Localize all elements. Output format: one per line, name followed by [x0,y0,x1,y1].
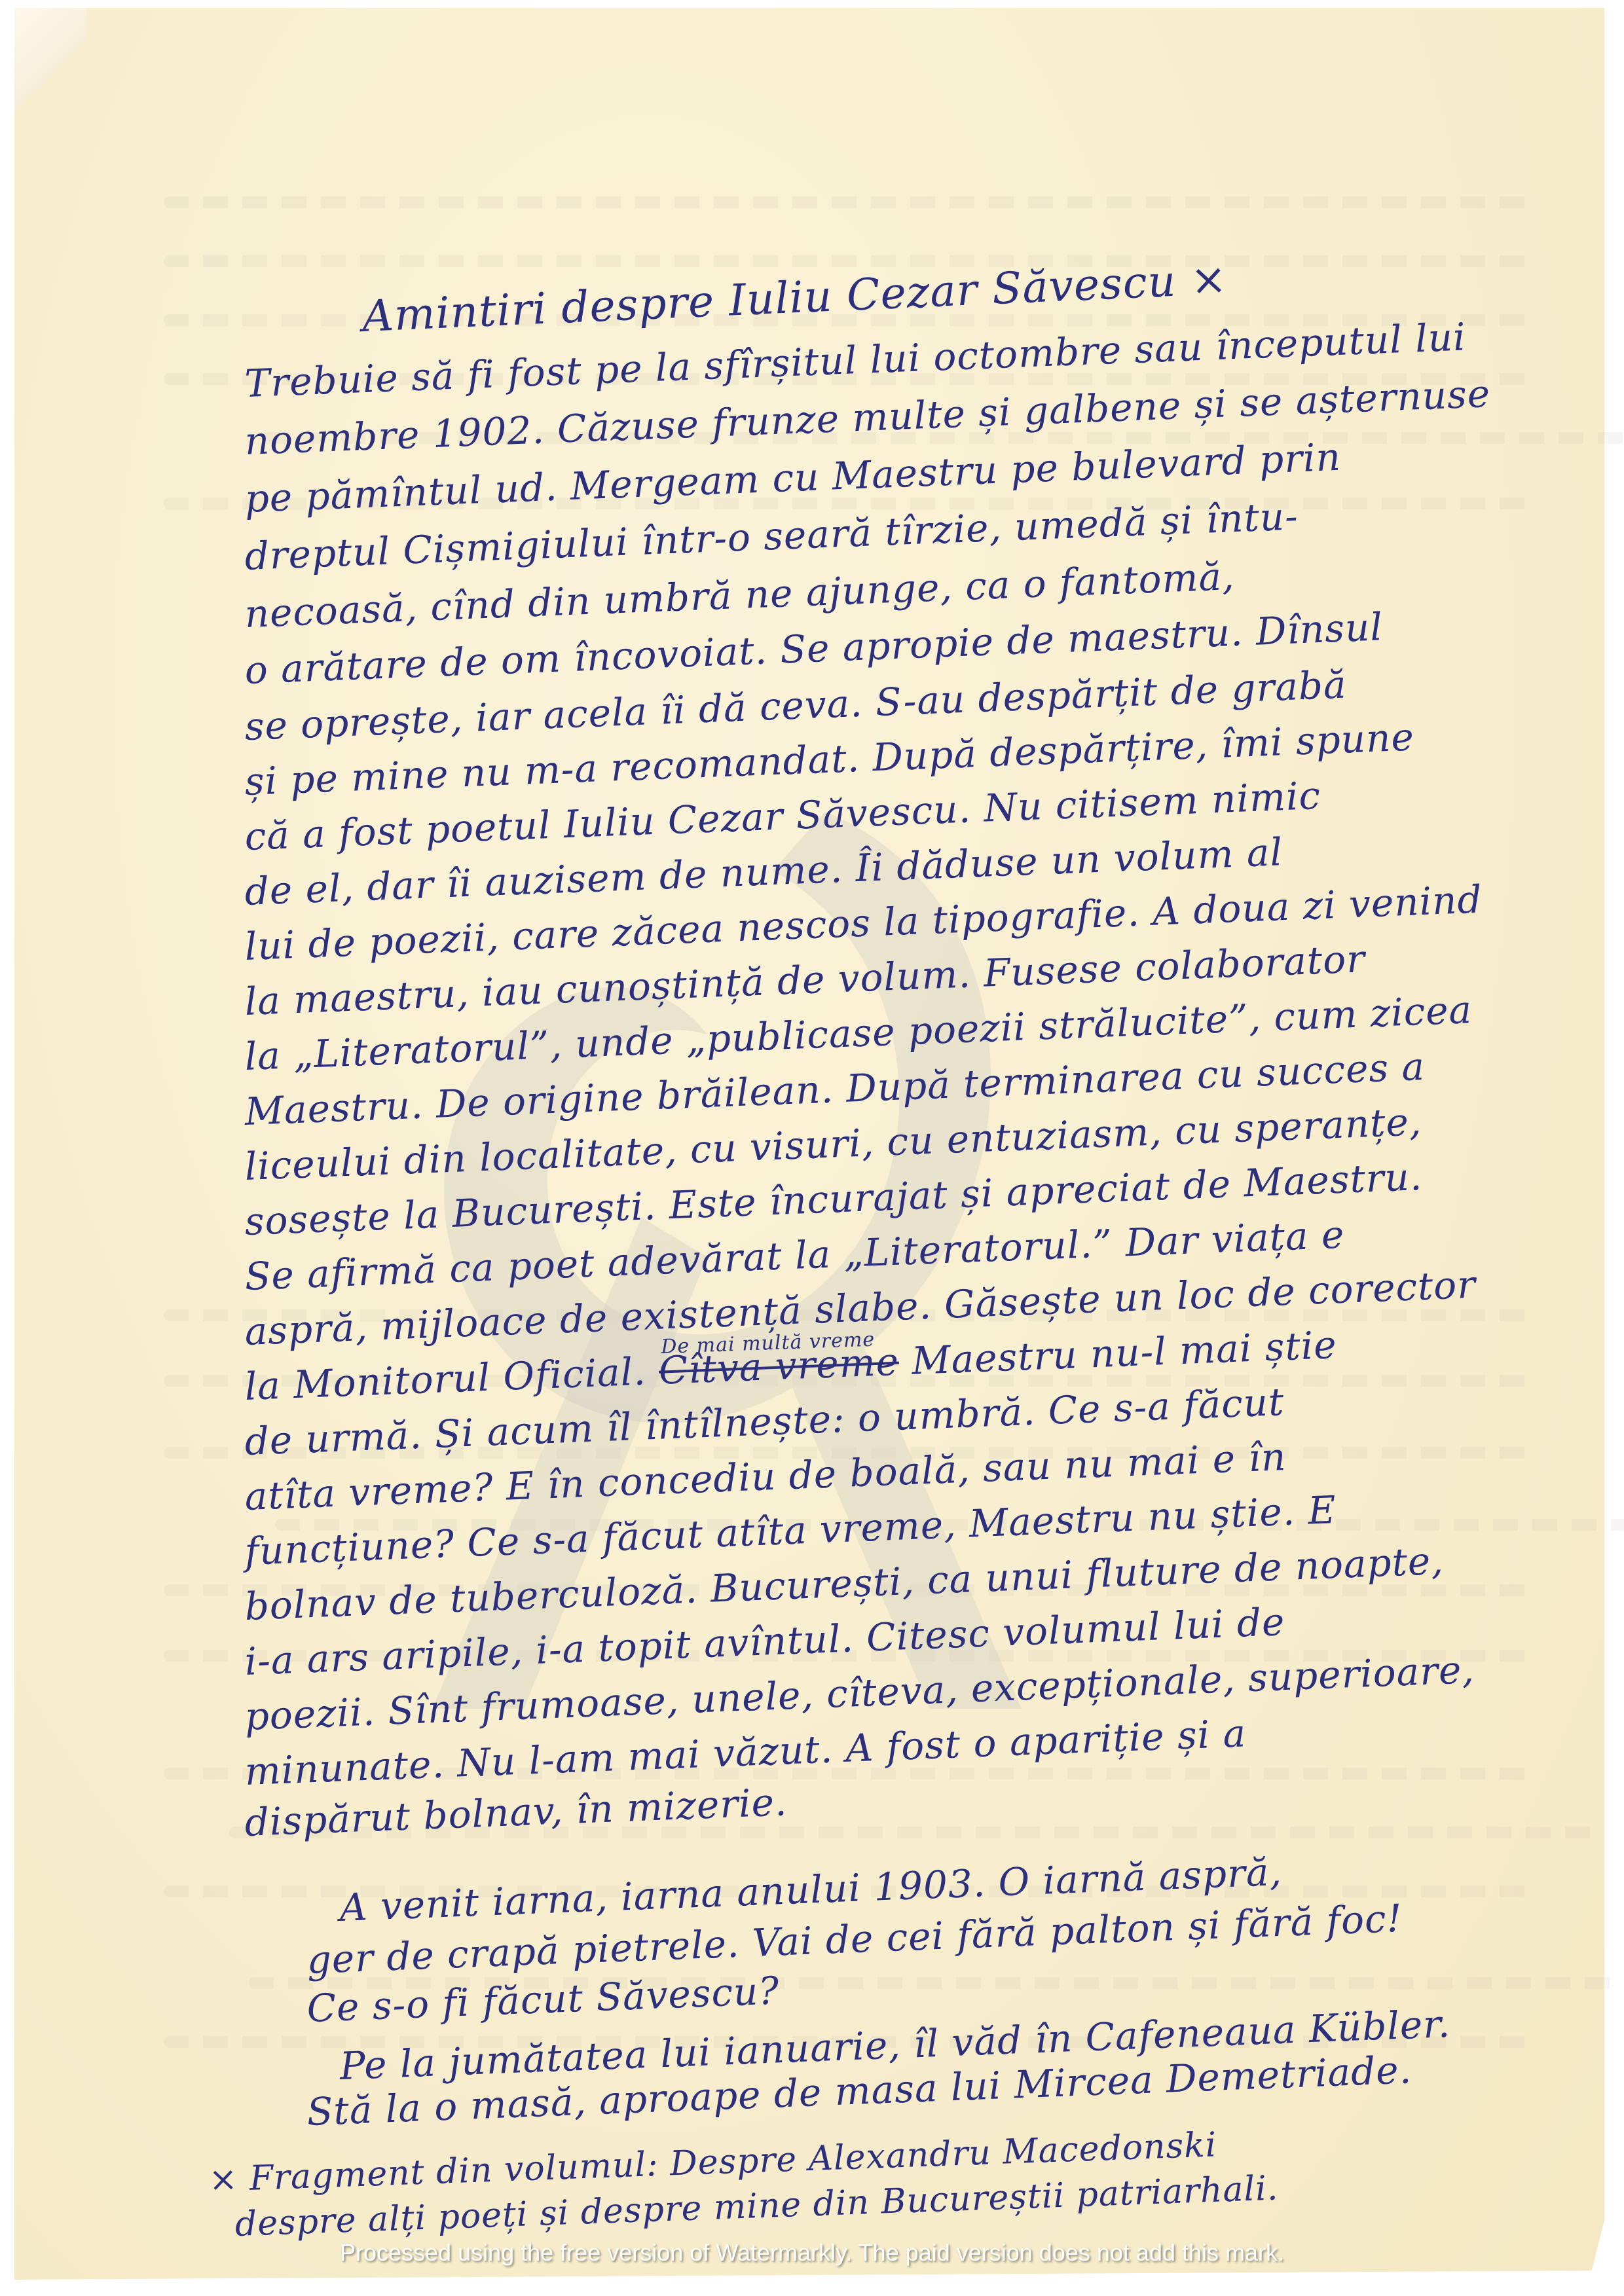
watermark-notice: Processed using the free version of Wate… [0,2239,1624,2267]
struck-text: Cîtva vreme [658,1339,900,1393]
footnote-marker: × [208,2159,239,2200]
